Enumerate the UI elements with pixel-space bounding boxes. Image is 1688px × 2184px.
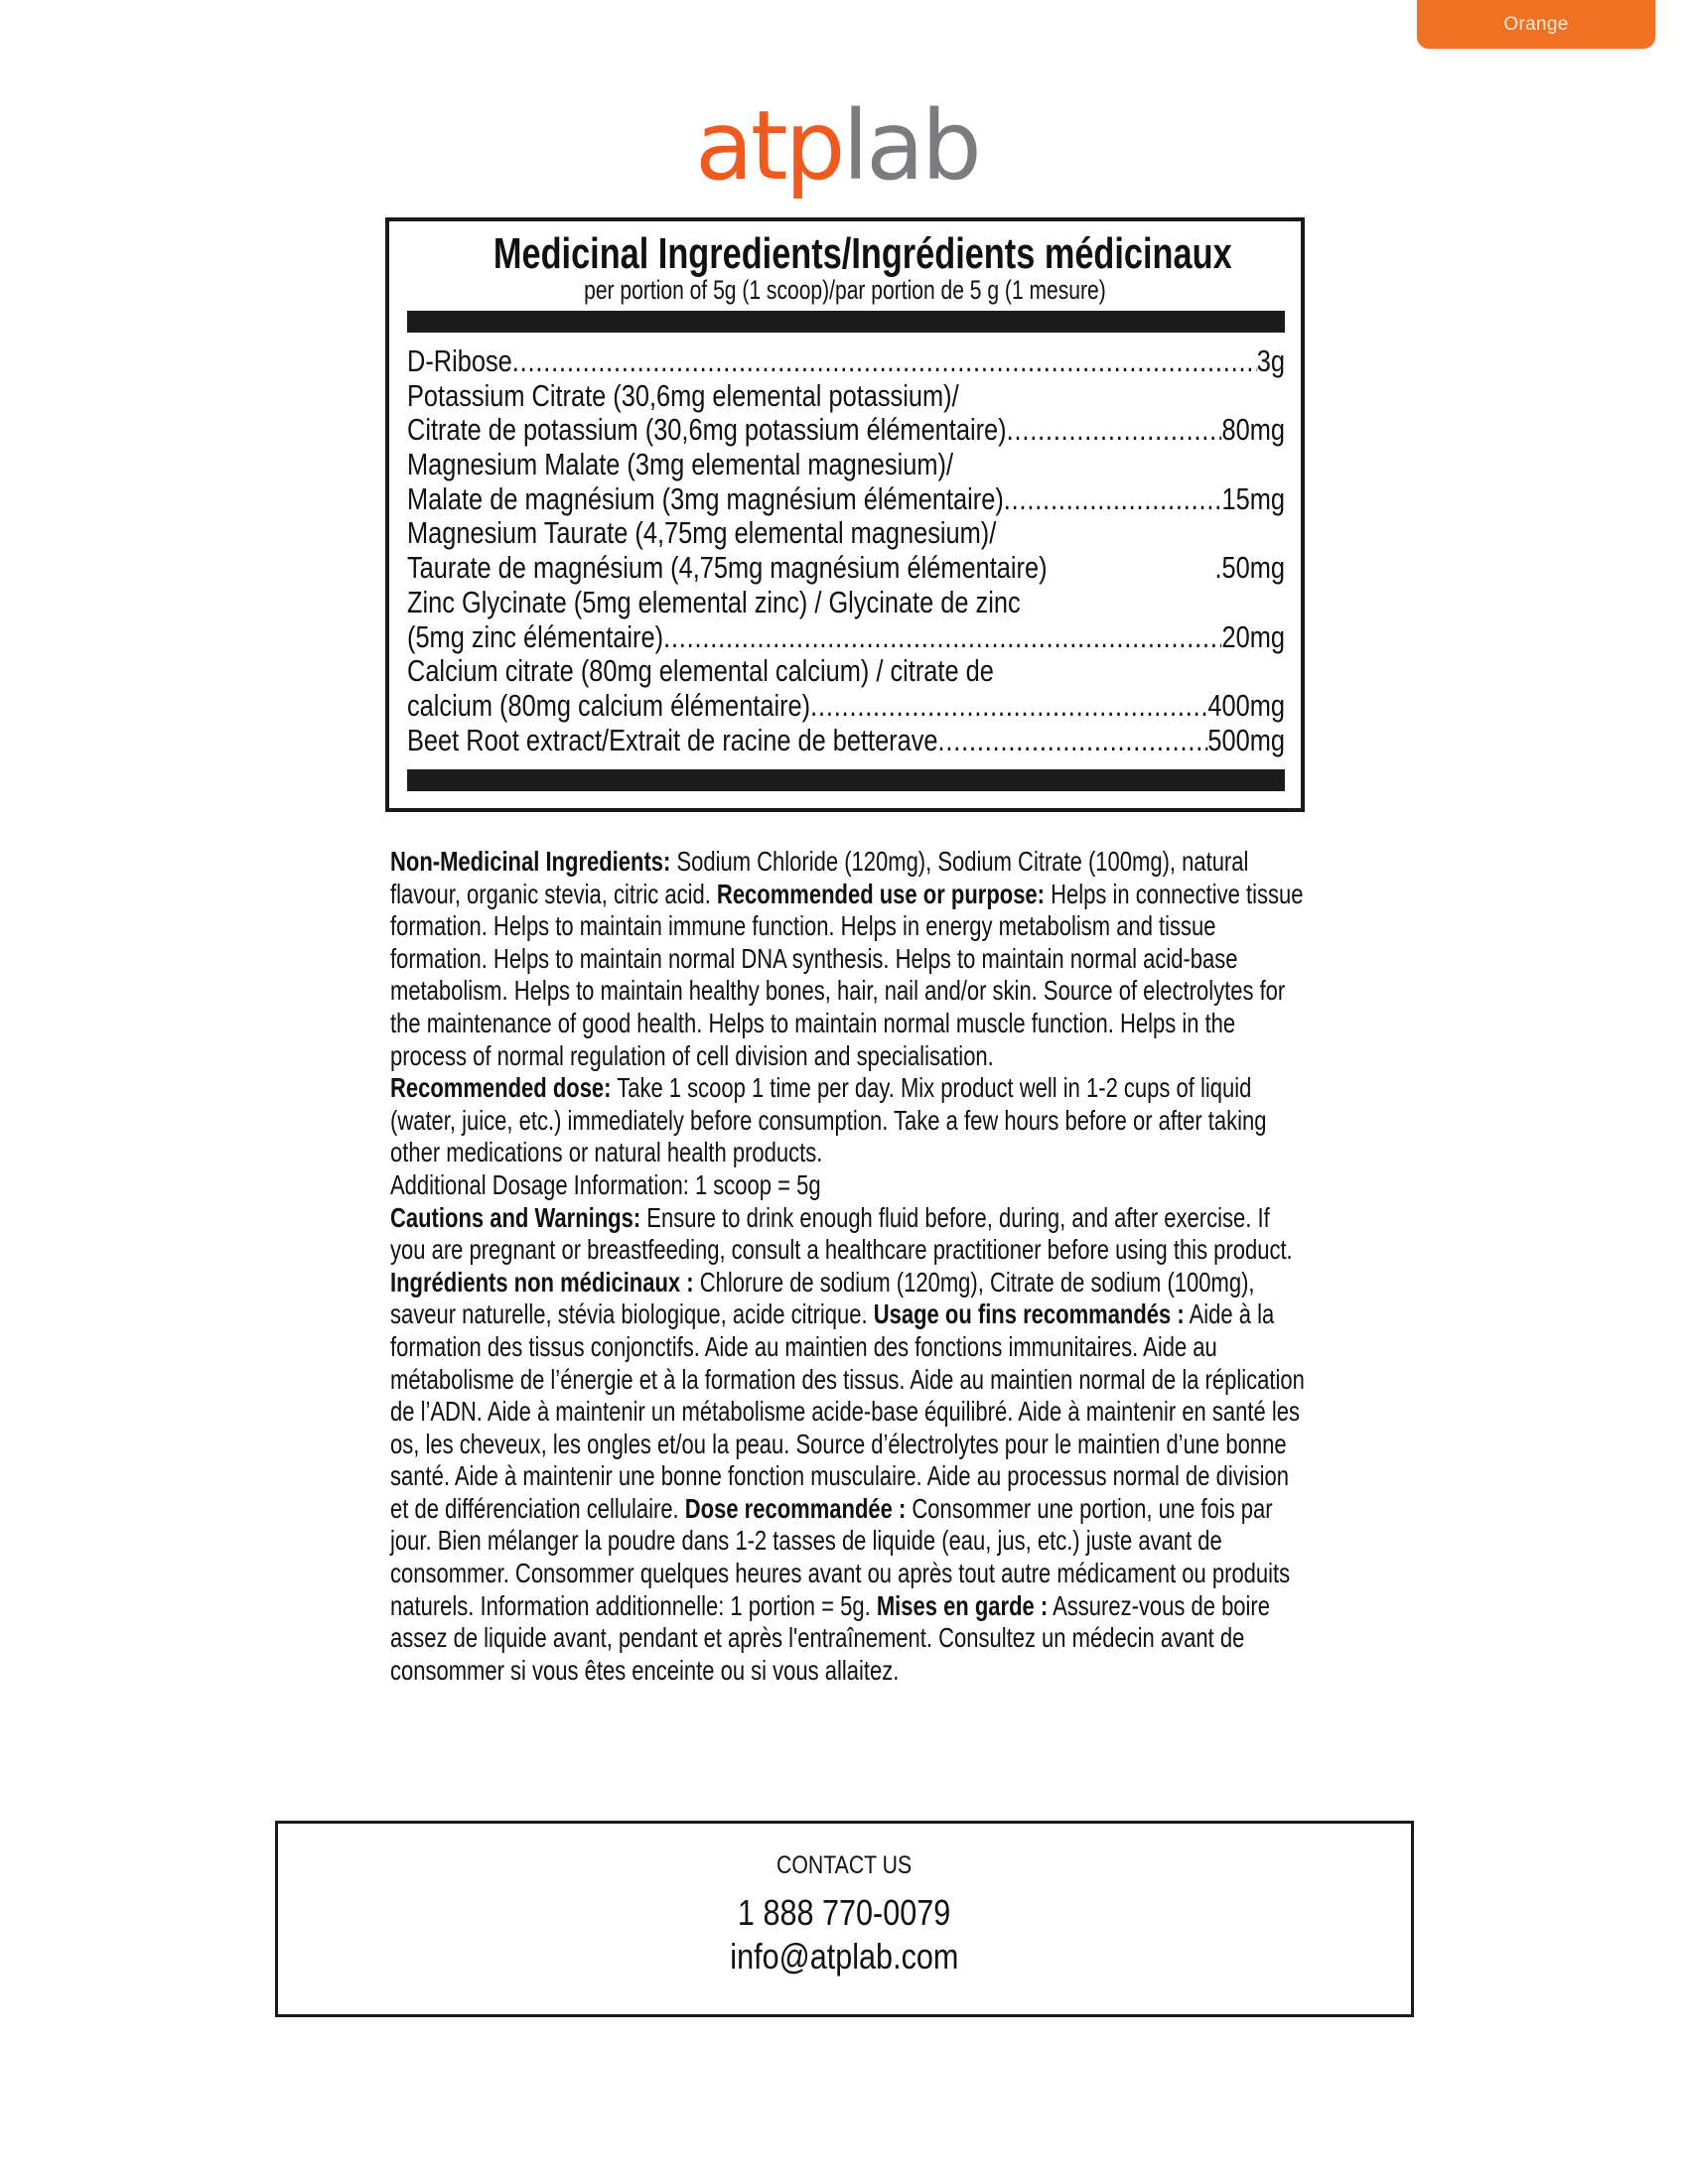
- contact-panel: CONTACT US 1 888 770-0079 info@atplab.co…: [275, 1821, 1414, 2017]
- label-body-text: Non-Medicinal Ingredients: Sodium Chlori…: [390, 846, 1308, 1687]
- medicinal-subtitle: per portion of 5g (1 scoop)/par portion …: [389, 275, 1301, 305]
- medicinal-ingredients-panel: Medicinal Ingredients/Ingrédients médici…: [385, 217, 1305, 812]
- dose-label-fr: Dose recommandée :: [685, 1493, 907, 1524]
- divider-bar-top: [407, 311, 1285, 333]
- use-label-fr: Usage ou fins recommandés :: [874, 1298, 1185, 1329]
- ingredient-line: (5mg zinc élémentaire) 20mg: [407, 620, 1285, 655]
- ingredient-line: calcium (80mg calcium élémentaire) 400mg: [407, 689, 1285, 724]
- nonmed-label-en: Non-Medicinal Ingredients:: [390, 846, 670, 877]
- ingredient-line: Zinc Glycinate (5mg elemental zinc) / Gl…: [407, 586, 1285, 620]
- use-label-en: Recommended use or purpose:: [717, 879, 1045, 909]
- ingredient-line: Beet Root extract/Extrait de racine de b…: [407, 724, 1285, 758]
- ingredient-list: D-Ribose 3g Potassium Citrate (30,6mg el…: [407, 344, 1285, 757]
- ingredient-line: Magnesium Taurate (4,75mg elemental magn…: [407, 516, 1285, 551]
- ingredient-line: Citrate de potassium (30,6mg potassium é…: [407, 413, 1285, 448]
- dose-label-en: Recommended dose:: [390, 1072, 612, 1103]
- caution-label-en: Cautions and Warnings:: [390, 1202, 640, 1233]
- dose-section-en: Recommended dose: Take 1 scoop 1 time pe…: [390, 1072, 1308, 1169]
- caution-section-en: Cautions and Warnings: Ensure to drink e…: [390, 1202, 1308, 1267]
- ingredient-line: Calcium citrate (80mg elemental calcium)…: [407, 654, 1285, 689]
- contact-email[interactable]: info@atplab.com: [278, 1937, 1411, 1977]
- variant-tab-label: Orange: [1503, 14, 1568, 36]
- brand-logo: atplab: [695, 91, 993, 201]
- additional-dosage-en: Additional Dosage Information: 1 scoop =…: [390, 1169, 1308, 1202]
- ingredient-line: Potassium Citrate (30,6mg elemental pota…: [407, 379, 1285, 414]
- nonmed-label-fr: Ingrédients non médicinaux :: [390, 1267, 694, 1297]
- ingredient-line: Malate de magnésium (3mg magnésium éléme…: [407, 482, 1285, 517]
- medicinal-title: Medicinal Ingredients/Ingrédients médici…: [389, 231, 1301, 277]
- caution-label-fr: Mises en garde :: [877, 1590, 1048, 1621]
- logo-lab: lab: [842, 90, 978, 202]
- ingredient-line: Taurate de magnésium (4,75mg magnésium é…: [407, 551, 1285, 586]
- contact-phone[interactable]: 1 888 770-0079: [278, 1893, 1411, 1933]
- contact-title: CONTACT US: [278, 1851, 1411, 1879]
- ingredient-line: Magnesium Malate (3mg elemental magnesiu…: [407, 448, 1285, 482]
- french-section: Ingrédients non médicinaux : Chlorure de…: [390, 1267, 1308, 1688]
- ingredient-line: D-Ribose 3g: [407, 344, 1285, 379]
- logo-atp: atp: [695, 90, 842, 202]
- variant-tab-orange[interactable]: Orange: [1417, 0, 1655, 49]
- english-section: Non-Medicinal Ingredients: Sodium Chlori…: [390, 846, 1308, 1072]
- divider-bar-bottom: [407, 769, 1285, 791]
